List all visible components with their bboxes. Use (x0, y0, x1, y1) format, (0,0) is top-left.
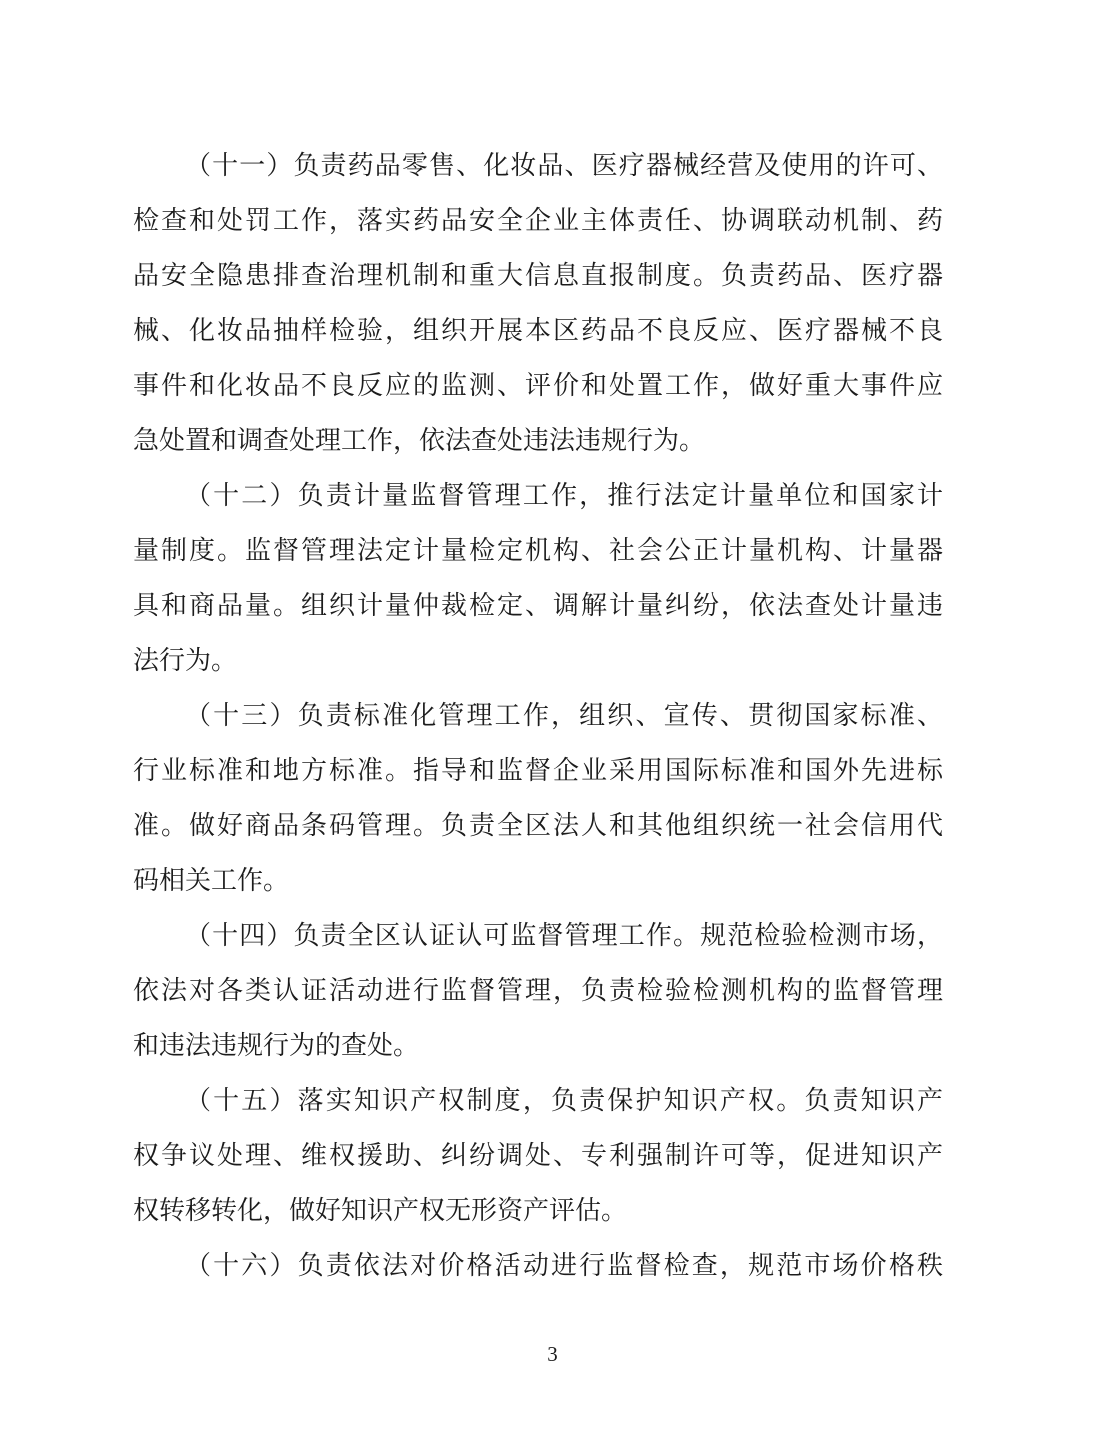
paragraph-clause-13: （十三）负责标准化管理工作，组织、宣传、贯彻国家标准、行业标准和地方标准。指导和… (133, 688, 943, 908)
text-line: （十六）负责依法对价格活动进行监督检查，规范市场价格秩 (133, 1238, 943, 1293)
text-line: 事件和化妆品不良反应的监测、评价和处置工作，做好重大事件应 (133, 358, 943, 413)
text-line: （十一）负责药品零售、化妆品、医疗器械经营及使用的许可、 (133, 138, 943, 193)
text-line: 检查和处罚工作，落实药品安全企业主体责任、协调联动机制、药 (133, 193, 943, 248)
page-footer: 3 (0, 1340, 1105, 1368)
text-line: 法行为。 (133, 633, 943, 688)
page-number: 3 (547, 1340, 558, 1368)
paragraph-clause-14: （十四）负责全区认证认可监督管理工作。规范检验检测市场，依法对各类认证活动进行监… (133, 908, 943, 1073)
text-line: （十三）负责标准化管理工作，组织、宣传、贯彻国家标准、 (133, 688, 943, 743)
paragraph-clause-16: （十六）负责依法对价格活动进行监督检查，规范市场价格秩 (133, 1238, 943, 1293)
text-line: 械、化妆品抽样检验，组织开展本区药品不良反应、医疗器械不良 (133, 303, 943, 358)
text-line: 品安全隐患排查治理机制和重大信息直报制度。负责药品、医疗器 (133, 248, 943, 303)
paragraph-clause-15: （十五）落实知识产权制度，负责保护知识产权。负责知识产权争议处理、维权援助、纠纷… (133, 1073, 943, 1238)
text-line: 依法对各类认证活动进行监督管理，负责检验检测机构的监督管理 (133, 963, 943, 1018)
document-body: （十一）负责药品零售、化妆品、医疗器械经营及使用的许可、检查和处罚工作，落实药品… (133, 138, 943, 1293)
text-line: 急处置和调查处理工作，依法查处违法违规行为。 (133, 413, 943, 468)
text-line: （十五）落实知识产权制度，负责保护知识产权。负责知识产 (133, 1073, 943, 1128)
text-line: 行业标准和地方标准。指导和监督企业采用国际标准和国外先进标 (133, 743, 943, 798)
text-line: 准。做好商品条码管理。负责全区法人和其他组织统一社会信用代 (133, 798, 943, 853)
paragraph-clause-12: （十二）负责计量监督管理工作，推行法定计量单位和国家计量制度。监督管理法定计量检… (133, 468, 943, 688)
paragraph-clause-11: （十一）负责药品零售、化妆品、医疗器械经营及使用的许可、检查和处罚工作，落实药品… (133, 138, 943, 468)
text-line: 权争议处理、维权援助、纠纷调处、专利强制许可等，促进知识产 (133, 1128, 943, 1183)
text-line: （十四）负责全区认证认可监督管理工作。规范检验检测市场， (133, 908, 943, 963)
document-page: （十一）负责药品零售、化妆品、医疗器械经营及使用的许可、检查和处罚工作，落实药品… (0, 0, 1105, 1430)
text-line: 权转移转化，做好知识产权无形资产评估。 (133, 1183, 943, 1238)
text-line: 量制度。监督管理法定计量检定机构、社会公正计量机构、计量器 (133, 523, 943, 578)
text-line: （十二）负责计量监督管理工作，推行法定计量单位和国家计 (133, 468, 943, 523)
text-line: 具和商品量。组织计量仲裁检定、调解计量纠纷，依法查处计量违 (133, 578, 943, 633)
text-line: 和违法违规行为的查处。 (133, 1018, 943, 1073)
text-line: 码相关工作。 (133, 853, 943, 908)
